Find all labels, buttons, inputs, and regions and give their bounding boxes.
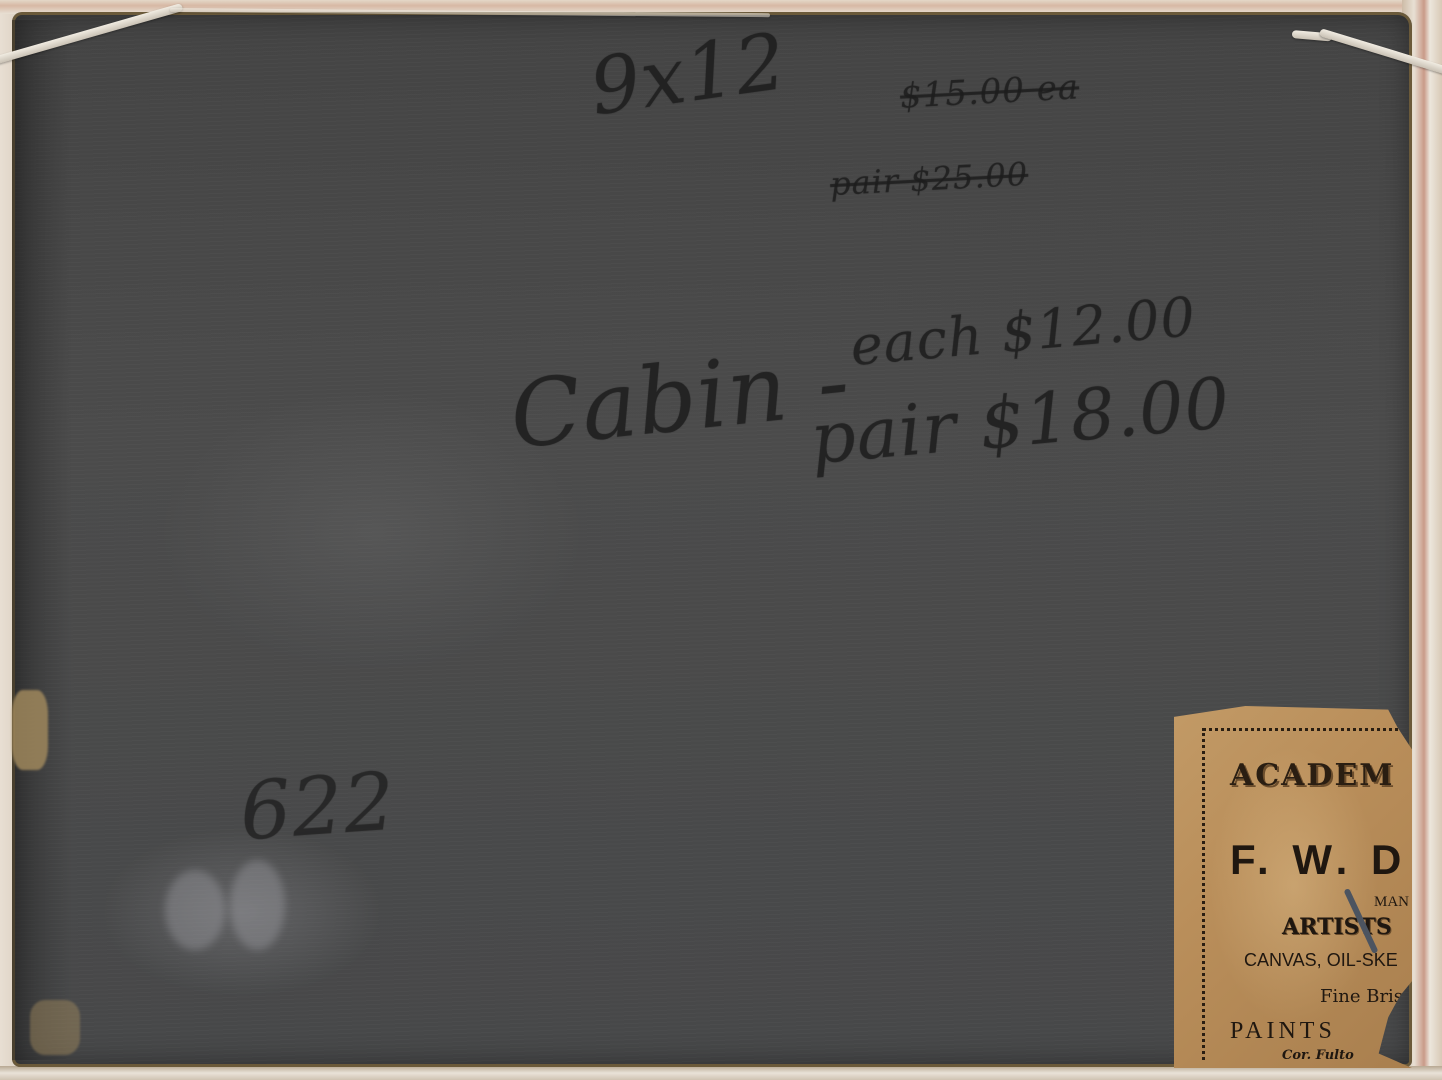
- paint-loss: [12, 690, 48, 770]
- label-paints: PAINTS: [1230, 1018, 1336, 1045]
- label-academy: ACADEM: [1230, 758, 1395, 793]
- supplier-label: ACADEM F. W. D MAN ARTISTS CANVAS, OIL-S…: [1174, 706, 1412, 1068]
- label-man: MAN: [1374, 894, 1409, 911]
- panel-left-shadow: [12, 20, 72, 1060]
- paint-loss: [30, 1000, 80, 1055]
- label-address: Cor. Fulto: [1282, 1048, 1354, 1063]
- stain: [165, 870, 225, 950]
- label-artists: ARTISTS: [1282, 914, 1392, 940]
- pencil-inventory-number: 622: [237, 755, 399, 859]
- stain: [230, 860, 285, 950]
- frame-bottom-edge: [0, 1066, 1442, 1080]
- label-fwd: F. W. D: [1230, 836, 1407, 884]
